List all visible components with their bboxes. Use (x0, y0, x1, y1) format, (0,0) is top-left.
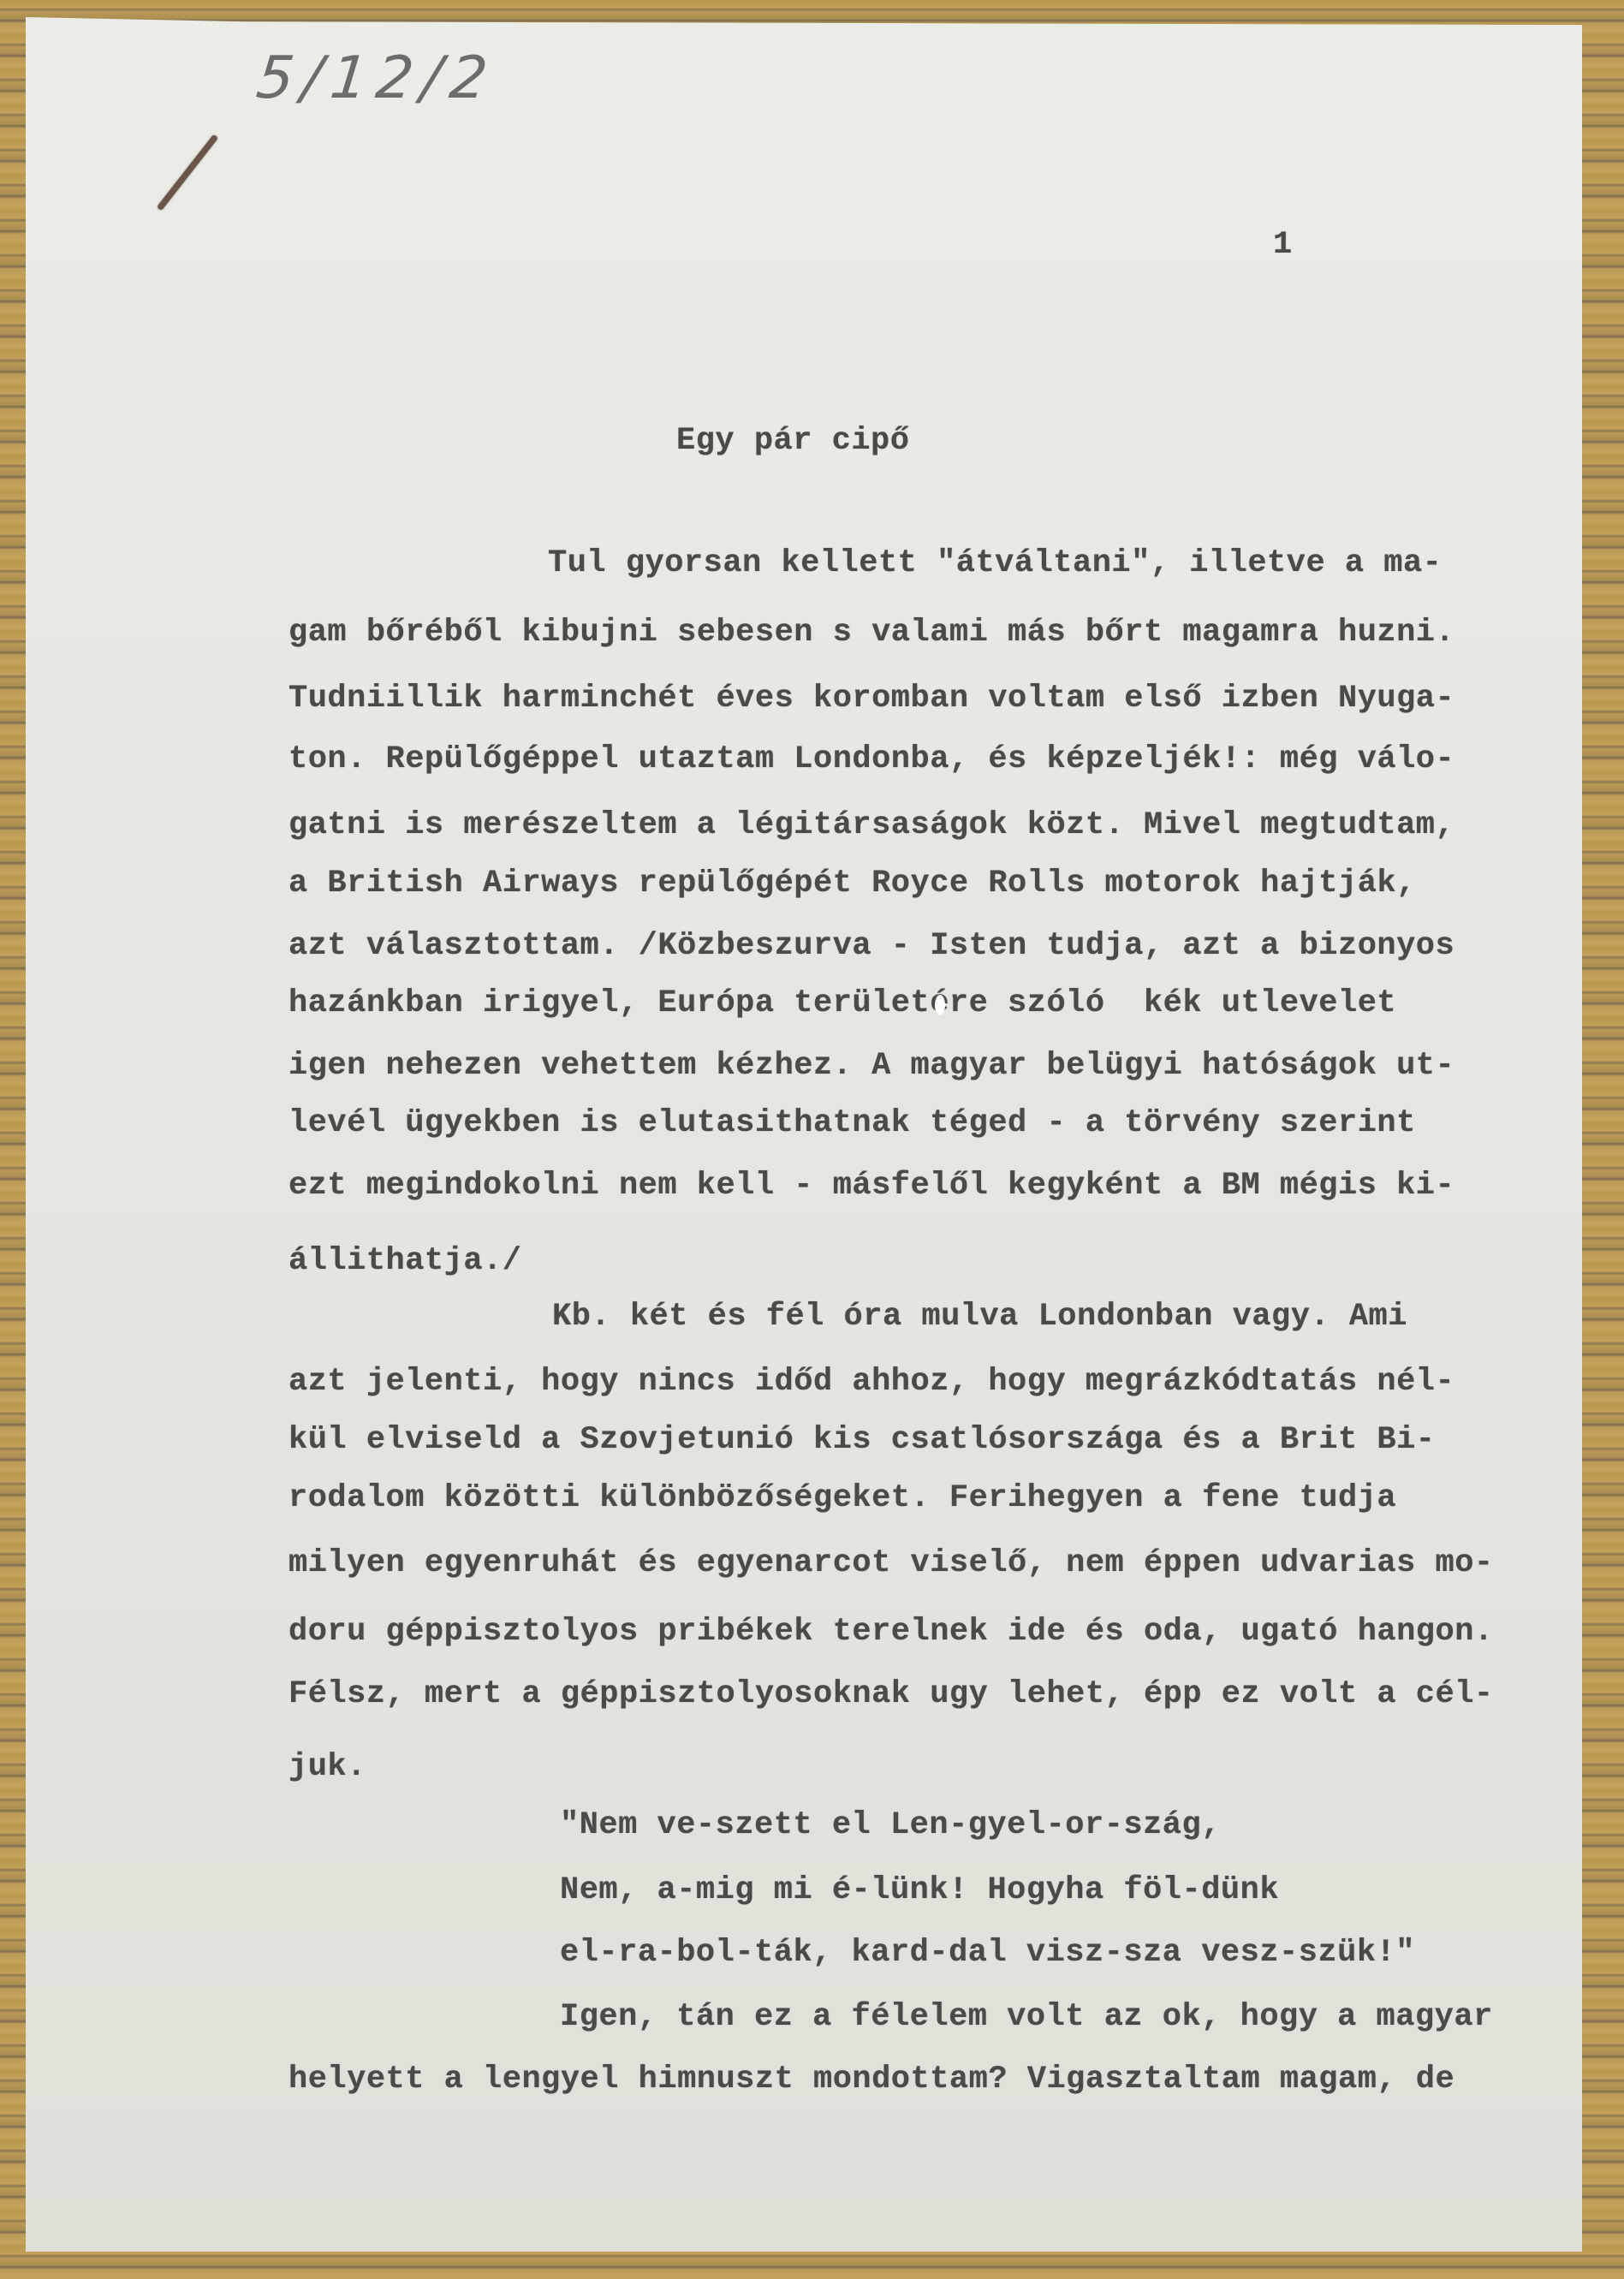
text-line: kül elviseld a Szovjetunió kis csatlósor… (289, 1425, 1436, 1456)
text-line: Tul gyorsan kellett "átváltani", illetve… (548, 548, 1442, 580)
text-line: doru géppisztolyos pribékek terelnek ide… (289, 1616, 1494, 1648)
text-line: azt választottam. /Közbeszurva - Isten t… (289, 931, 1454, 962)
text-line: gatni is merészeltem a légitársaságok kö… (289, 810, 1454, 842)
text-line: Kb. két és fél óra mulva Londonban vagy.… (552, 1301, 1407, 1333)
text-line: a British Airways repülőgépét Royce Roll… (289, 868, 1416, 900)
text-line: állithatja./ (289, 1246, 521, 1277)
page-number: 1 (1273, 229, 1293, 261)
text-line: Félsz, mert a géppisztolyosoknak ugy leh… (289, 1679, 1494, 1711)
archive-number-handwritten: 5/12/2 (253, 45, 499, 112)
text-line: ezt megindokolni nem kell - másfelől keg… (289, 1170, 1454, 1202)
text-line: Tudniillik harminchét éves koromban volt… (289, 683, 1454, 715)
text-line: el-ra-bol-ták, kard-dal visz-sza vesz-sz… (560, 1937, 1415, 1969)
text-line: Igen, tán ez a félelem volt az ok, hogy … (560, 2002, 1493, 2033)
text-line: "Nem ve-szett el Len-gyel-or-szág, (560, 1810, 1221, 1842)
text-line: ton. Repülőgéppel utaztam Londonba, és k… (289, 744, 1454, 776)
text-line: milyen egyenruhát és egyenarcot viselő, … (289, 1548, 1494, 1580)
paper-blemish (935, 995, 945, 1015)
document-title: Egy pár cipő (676, 425, 909, 457)
text-line: rodalom közötti különbözőségeket. Ferihe… (289, 1483, 1396, 1514)
text-line: levél ügyekben is elutasithatnak téged -… (289, 1108, 1416, 1139)
text-line: gam bőréből kibujni sebesen s valami más… (289, 617, 1454, 649)
text-line: juk. (289, 1752, 366, 1783)
text-line: azt jelenti, hogy nincs időd ahhoz, hogy… (289, 1366, 1454, 1398)
text-line: Nem, a-mig mi é-lünk! Hogyha föl-dünk (560, 1875, 1279, 1907)
text-line: hazánkban irigyel, Európa területére szó… (289, 988, 1396, 1020)
text-line: helyett a lengyel himnuszt mondottam? Vi… (289, 2064, 1454, 2096)
text-line: igen nehezen vehettem kézhez. A magyar b… (289, 1050, 1454, 1082)
